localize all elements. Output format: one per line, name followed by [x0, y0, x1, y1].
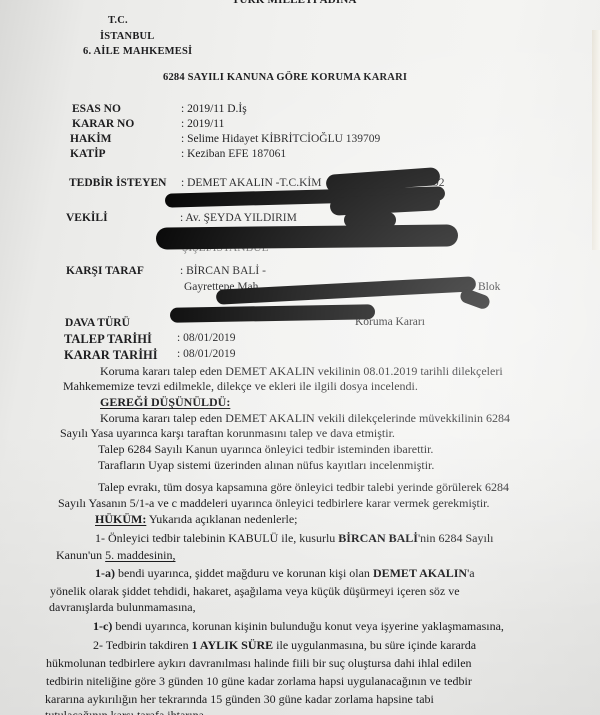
tedbir-isteyen-label: TEDBİR İSTEYEN — [69, 177, 166, 189]
katip-label: KATİP — [70, 148, 106, 160]
paper-edge — [592, 30, 600, 250]
bent-1a-text: bendi uyarınca, şiddet mağduru ve koruna… — [115, 566, 373, 580]
redaction-mark — [170, 304, 375, 323]
hukum-heading: HÜKÜM: — [95, 512, 146, 526]
kanun-text: Kanun'un — [56, 548, 105, 562]
intro-line-1: Koruma kararı talep eden DEMET AKALIN ve… — [100, 364, 503, 379]
hakim-value: : Selime Hidayet KİBRİTCİOĞLU 139709 — [181, 133, 380, 145]
hukum-paragraph: HÜKÜM: Yukarıda açıklanan nedenlerle; — [95, 512, 297, 527]
bent-1a-line-1: 1-a) bendi uyarınca, şiddet mağduru ve k… — [95, 566, 475, 581]
gerekce-4-line-1: Talep evrakı, tüm dosya kapsamına göre ö… — [98, 480, 509, 495]
karar-tarihi-value: : 08/01/2019 — [177, 348, 235, 360]
bent-1c-label: 1-c) — [93, 619, 112, 633]
madde-2-line-5: tutulacağının karşı tarafa ihtarına, — [45, 708, 207, 715]
gerekce-2: Talep 6284 Sayılı Kanun uyarınca önleyic… — [98, 442, 433, 457]
madde-2-line-2: hükmolunan tedbirlere aykırı davranılmas… — [46, 656, 472, 671]
court-name: 6. AİLE MAHKEMESİ — [83, 46, 192, 57]
hukum-text: Yukarıda açıklanan nedenlerle; — [146, 512, 297, 526]
talep-tarihi-label: TALEP TARİHİ — [64, 332, 152, 347]
karar-tarihi-label: KARAR TARİHİ — [64, 348, 158, 363]
city-label: İSTANBUL — [100, 31, 155, 42]
talep-tarihi-value: : 08/01/2019 — [177, 332, 235, 344]
protected-person-name: DEMET AKALIN — [373, 566, 467, 580]
document-title: 6284 SAYILI KANUNA GÖRE KORUMA KARARI — [163, 72, 407, 83]
duration: 1 AYLIK SÜRE — [192, 638, 274, 652]
bent-1a-text-end: 'a — [467, 566, 475, 580]
bent-1a-line-2: yönelik olarak şiddet tehdidi, hakaret, … — [50, 584, 460, 599]
gerekce-1-line-2: Sayılı Yasa uyarınca karşı taraftan koru… — [60, 426, 395, 441]
madde-2-line-4: kararına aykırılığın her tekrarında 15 g… — [45, 692, 434, 707]
karsi-taraf-value: : BİRCAN BALİ - — [180, 265, 266, 277]
court-document-page: TÜRK MİLLETİ ADINA T.C. İSTANBUL 6. AİLE… — [0, 0, 600, 715]
bent-1a-line-3: davranışlarda bulunmamasına, — [49, 600, 196, 615]
madde-2-line-1: 2- Tedbirin takdiren 1 AYLIK SÜRE ile uy… — [93, 638, 476, 653]
gerekce-3: Tarafların Uyap sistemi üzerinden alınan… — [98, 458, 434, 473]
bent-1c: 1-c) bendi uyarınca, korunan kişinin bul… — [93, 619, 504, 634]
vekili-value: : Av. ŞEYDA YILDIRIM — [180, 212, 297, 224]
redaction-mark — [156, 224, 458, 249]
hukum-1-text: 1- Önleyici tedbir talebinin KABULÜ ile,… — [95, 531, 338, 545]
hukum-1-text-end: 'nin 6284 Sayılı — [418, 531, 494, 545]
respondent-name: BİRCAN BALİ — [338, 531, 418, 545]
vekili-label: VEKİLİ — [66, 212, 108, 224]
karar-no-value: : 2019/11 — [181, 118, 224, 130]
hakim-label: HAKİM — [70, 133, 112, 145]
esas-no-value: : 2019/11 D.İş — [181, 103, 247, 115]
intro-line-2: Mahkememize tevzi edilmekle, dilekçe ve … — [63, 379, 418, 394]
bent-1c-text: bendi uyarınca, korunan kişinin bulunduğ… — [112, 619, 504, 633]
karar-no-label: KARAR NO — [72, 118, 134, 130]
gereg-heading: GEREĞİ DÜŞÜNÜLDÜ: — [100, 395, 230, 410]
hukum-1-line-1: 1- Önleyici tedbir talebinin KABULÜ ile,… — [95, 531, 493, 546]
madde-2-line-3: tedbirin niteliğine göre 3 günden 10 gün… — [46, 674, 472, 689]
katip-value: : Keziban EFE 187061 — [181, 148, 286, 160]
esas-no-label: ESAS NO — [72, 103, 121, 115]
gerekce-4-line-2: Sayılı Yasanın 5/1-a ve c maddeleri uyar… — [58, 496, 490, 511]
karsi-taraf-address-end: Blok — [478, 281, 500, 293]
country-label: T.C. — [108, 15, 128, 26]
madde-2-text-end: ile uygulanmasına, bu süre içinde karard… — [273, 638, 476, 652]
hukum-1-line-2: Kanun'un 5. maddesinin, — [56, 548, 175, 563]
dava-turu-label: DAVA TÜRÜ — [65, 317, 130, 329]
karsi-taraf-label: KARŞI TARAF — [66, 265, 144, 277]
gerekce-1-line-1: Koruma kararı talep eden DEMET AKALIN ve… — [100, 411, 510, 426]
madde-2-text: 2- Tedbirin takdiren — [93, 638, 192, 652]
madde-reference: 5. maddesinin, — [105, 548, 175, 562]
tedbir-isteyen-value: : DEMET AKALIN -T.C.KİM — [181, 177, 321, 189]
top-banner: TÜRK MİLLETİ ADINA — [232, 0, 357, 6]
bent-1a-label: 1-a) — [95, 566, 115, 580]
